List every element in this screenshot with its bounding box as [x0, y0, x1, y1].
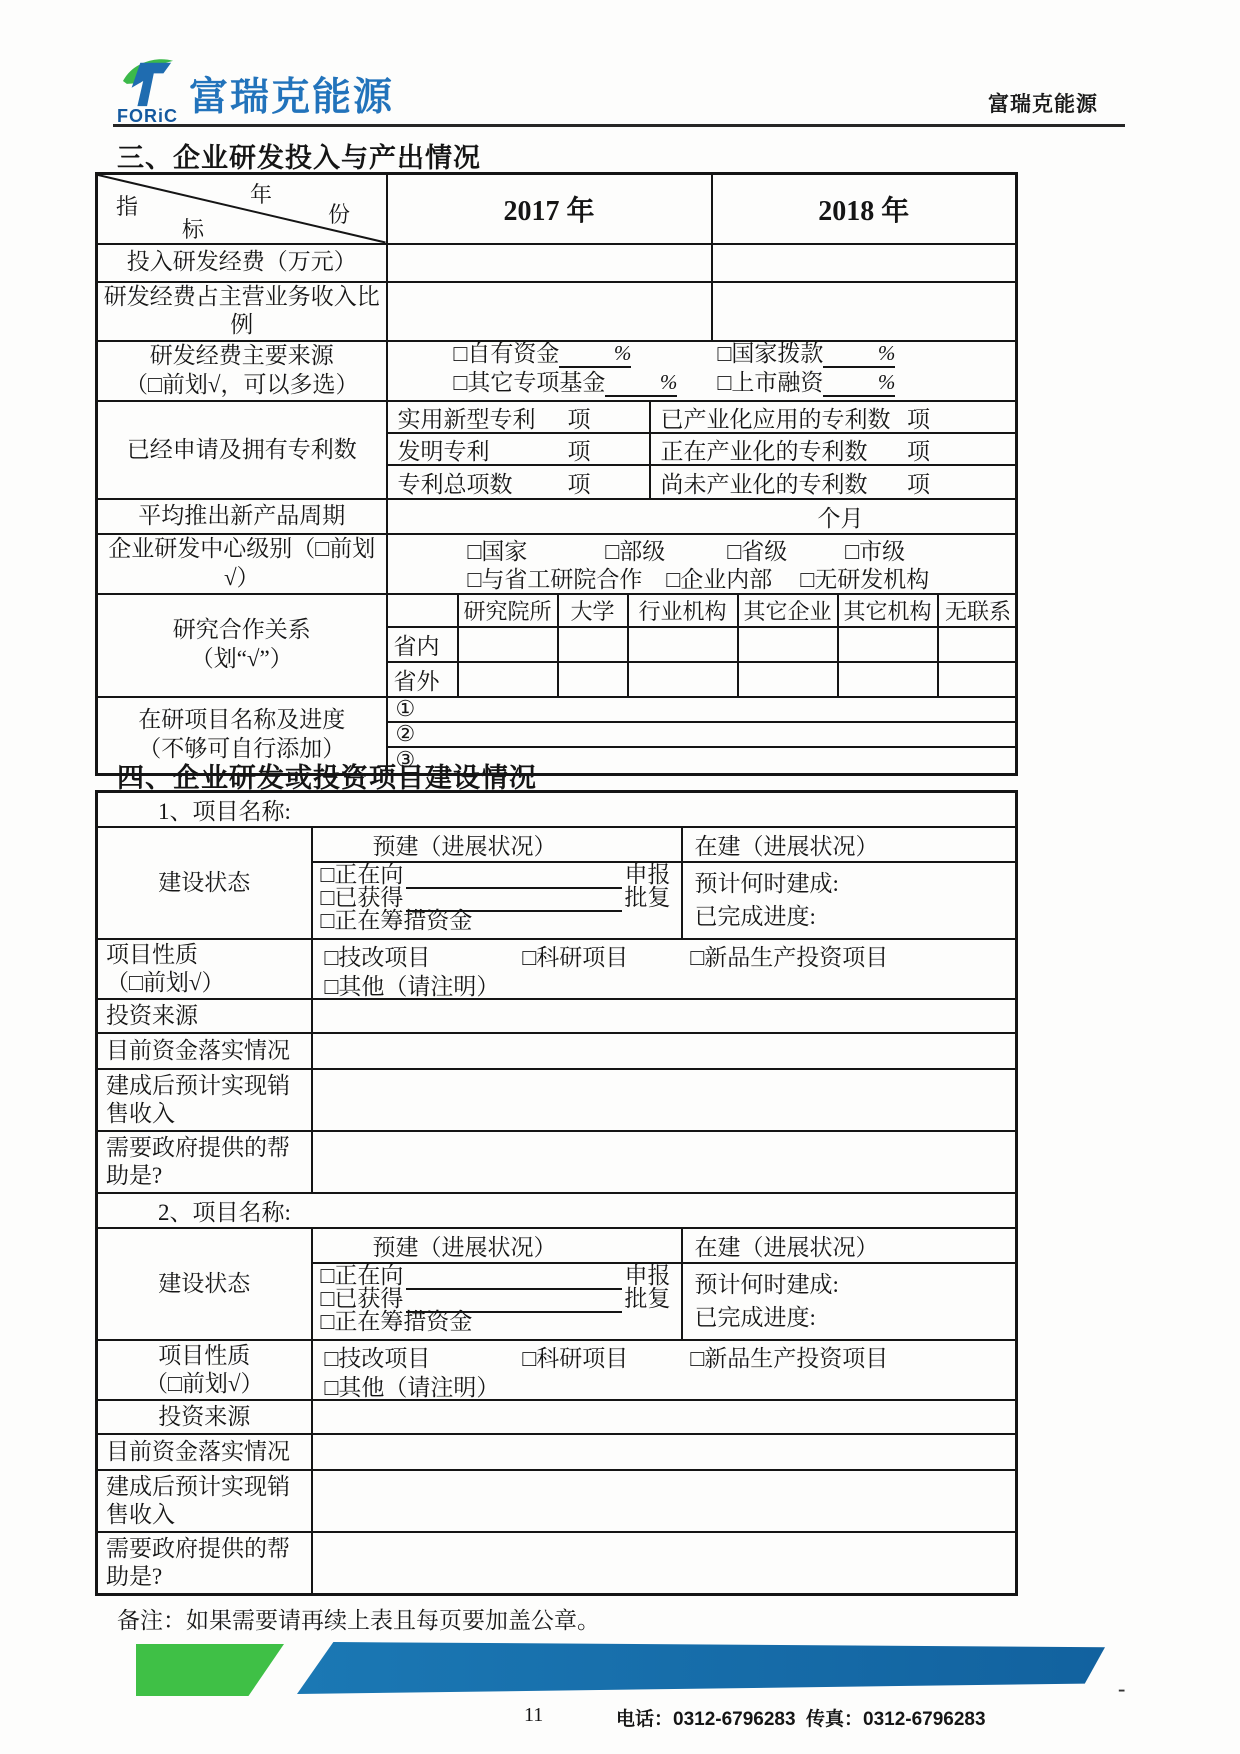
funding-source-label: 研发经费主要来源 （□前划√，可以多选） [97, 341, 387, 401]
percent-suffix: % [614, 341, 632, 366]
project2-funds-label: 目前资金落实情况 [97, 1434, 312, 1470]
funding-source-line2: □其它专项基金 % □上市融资 % [388, 371, 1016, 400]
rd-expense-2018-cell [712, 244, 1017, 282]
project2-nature-label: 项目性质 （□前划√） [97, 1340, 312, 1400]
project1-inbuild-cell: 预计何时建成: 已完成进度: [682, 862, 1017, 939]
rd-expense-2017-cell [387, 244, 712, 282]
fill-blank [406, 1270, 621, 1290]
rd-center-level-label: 企业研发中心级别（□前划√） [97, 534, 387, 594]
raising-funds-line: □正在筹措资金 [321, 912, 671, 935]
patent-industrializing-cell: 正在产业化的专利数 项 [651, 434, 1016, 464]
project2-prebuild-cell: □正在向 申报 □已获得 批复 □正在筹措资金 [312, 1263, 682, 1340]
completed-progress-label: 已完成进度: [695, 900, 1016, 933]
project1-sales-cell [312, 1069, 1017, 1131]
coop-cell [458, 627, 558, 662]
project1-prebuild-cell: □正在向 申报 □已获得 批复 □正在筹措资金 [312, 862, 682, 939]
checkbox-research-project: □科研项目 [522, 1340, 628, 1373]
project1-help-row: 需要政府提供的帮助是? [97, 1131, 1017, 1193]
project1-name-row: 1、项目名称: [97, 792, 1017, 828]
rd-center-options-line1: □国家 □部级 □省级 □市级 [388, 536, 1016, 564]
coop-cell [458, 662, 558, 696]
banner-blue-shape [297, 1642, 1105, 1694]
patent-not-industrialized-label: 尚未产业化的专利数 [661, 466, 868, 499]
coop-cell [558, 627, 628, 662]
project2-nature-options: □技改项目 □科研项目 □新品生产投资项目 □其他（请注明） [312, 1340, 1017, 1400]
option-special-fund: □其它专项基金 % [388, 364, 718, 397]
diagonal-header-cell: 年 份 指 标 [97, 174, 387, 244]
project1-nature-row: 项目性质 （□前划√） □技改项目 □科研项目 □新品生产投资项目 □其他（请注… [97, 939, 1017, 999]
project1-inbuild-header: 在建（进展状况） [682, 827, 1017, 862]
project1-investment-cell [312, 999, 1017, 1033]
company-logo: FORiC 富瑞克能源 [115, 56, 405, 134]
ongoing-item-1: ① [388, 698, 1016, 723]
checkbox-new-product-investment: □新品生产投资项目 [690, 1340, 888, 1373]
coop-cell [628, 627, 738, 662]
unit-label: 项 [907, 401, 930, 434]
months-unit: 个月 [818, 506, 864, 531]
project2-name-row: 2、项目名称: [97, 1193, 1017, 1228]
fill-blank [406, 869, 621, 889]
fill-blank: % [823, 375, 895, 397]
coop-header-no-contact: 无联系 [938, 595, 1018, 627]
nature-options-line1: □技改项目 □科研项目 □新品生产投资项目 [313, 1341, 1016, 1371]
rd-input-output-table: 年 份 指 标 2017 年 2018 年 投入研发经费（万元） 研发经费占主营… [95, 172, 1018, 776]
project2-inbuild-header: 在建（进展状况） [682, 1228, 1017, 1263]
project2-investment-label: 投资来源 [97, 1400, 312, 1434]
patent-industrializing-label: 正在产业化的专利数 [661, 433, 868, 466]
header-rule [113, 124, 1125, 127]
cooperation-header-row: 研究院所 大学 行业机构 其它企业 其它机构 无联系 [388, 595, 1018, 627]
project1-investment-row: 投资来源 [97, 999, 1017, 1033]
ongoing-label-line1: 在研项目名称及进度 [98, 706, 386, 735]
coop-cell [628, 662, 738, 696]
logo-company-name: 富瑞克能源 [189, 66, 394, 122]
patent-row-total: 专利总项数 项 尚未产业化的专利数 项 [388, 466, 1016, 498]
patents-row: 已经申请及拥有专利数 实用新型专利 项 已产业化应用的专利数 项 发明专利 项 [97, 401, 1017, 499]
patents-cells: 实用新型专利 项 已产业化应用的专利数 项 发明专利 项 正在产业化的专利数 [387, 401, 1017, 499]
coop-cell [838, 627, 938, 662]
cooperation-corner-cell [388, 595, 458, 627]
corner-fen-char: 份 [328, 198, 350, 229]
foric-logo-icon [117, 56, 179, 108]
rd-center-level-row: 企业研发中心级别（□前划√） □国家 □部级 □省级 □市级 □与省工研院合作 … [97, 534, 1017, 594]
research-cooperation-row: 研究合作关系 （划“√”） 研究院所 大学 行业机构 其它企业 其它机构 无联系 [97, 594, 1017, 697]
nature-label-line2: （□前划√） [98, 1370, 311, 1398]
project2-investment-cell [312, 1400, 1017, 1434]
rd-center-options-line2: □与省工研院合作 □企业内部 □无研发机构 [388, 564, 1016, 592]
rd-center-options-cell: □国家 □部级 □省级 □市级 □与省工研院合作 □企业内部 □无研发机构 [387, 534, 1017, 594]
patent-invention-label: 发明专利 [398, 433, 490, 466]
footer-note: 备注：如果需要请再续上表且每页要加盖公章。 [117, 1602, 600, 1635]
coop-header-other-companies: 其它企业 [738, 595, 838, 627]
column-header-2018: 2018 年 [712, 174, 1017, 244]
project1-sales-label: 建成后预计实现销售收入 [97, 1069, 312, 1131]
cooperation-inner-table: 研究院所 大学 行业机构 其它企业 其它机构 无联系 省内 省外 [388, 595, 1018, 696]
rd-ratio-label: 研发经费占主营业务收入比例 [97, 282, 387, 342]
cooperation-out-province-row: 省外 [388, 662, 1018, 696]
project2-help-cell [312, 1532, 1017, 1594]
corner-zhi-char: 指 [116, 190, 138, 221]
project1-funds-label: 目前资金落实情况 [97, 1033, 312, 1069]
project2-sales-cell [312, 1470, 1017, 1532]
new-product-cycle-row: 平均推出新产品周期 个月 [97, 499, 1017, 534]
percent-suffix: % [660, 370, 678, 395]
unit-label: 项 [907, 466, 930, 499]
patent-utility-cell: 实用新型专利 项 [388, 402, 651, 432]
nature-options-line1: □技改项目 □科研项目 □新品生产投资项目 [313, 940, 1016, 970]
project2-status-header-row: 建设状态 预建（进展状况） 在建（进展状况） [97, 1228, 1017, 1263]
nature-options-line2: □其他（请注明） [313, 1371, 1016, 1399]
project2-status-label: 建设状态 [97, 1228, 312, 1340]
project1-funds-cell [312, 1033, 1017, 1069]
project2-name-label: 2、项目名称: [97, 1193, 1017, 1228]
unit-label: 项 [568, 466, 591, 499]
coop-cell [738, 627, 838, 662]
coop-header-institutes: 研究院所 [458, 595, 558, 627]
checkbox-ipo-financing: □上市融资 [718, 364, 824, 397]
patent-not-industrialized-cell: 尚未产业化的专利数 项 [651, 466, 1016, 498]
coop-cell [738, 662, 838, 696]
patent-industrialized-label: 已产业化应用的专利数 [661, 401, 891, 434]
patent-total-label: 专利总项数 [398, 466, 513, 499]
nature-label-line1: 项目性质 [106, 941, 311, 969]
project1-help-label: 需要政府提供的帮助是? [97, 1131, 312, 1193]
patent-utility-label: 实用新型专利 [398, 401, 536, 434]
project2-inbuild-cell: 预计何时建成: 已完成进度: [682, 1263, 1017, 1340]
checkbox-other: □其他（请注明） [325, 968, 500, 1001]
table1-header-row: 年 份 指 标 2017 年 2018 年 [97, 174, 1017, 244]
fill-blank: % [605, 375, 677, 397]
patent-invention-cell: 发明专利 项 [388, 434, 651, 464]
rd-ratio-row: 研发经费占主营业务收入比例 [97, 282, 1017, 342]
nature-label-line2: （□前划√） [106, 969, 311, 997]
row-label-out-province: 省外 [388, 662, 458, 696]
project2-funds-cell [312, 1434, 1017, 1470]
project-construction-table: 1、项目名称: 建设状态 预建（进展状况） 在建（进展状况） □正在向 申报 □… [95, 790, 1018, 1596]
rd-expense-row: 投入研发经费（万元） [97, 244, 1017, 282]
obtained-suffix: 批复 [625, 1280, 671, 1313]
rd-ratio-2017-cell [387, 282, 712, 342]
project1-help-cell [312, 1131, 1017, 1193]
percent-suffix: % [878, 341, 896, 366]
project1-name-label: 1、项目名称: [97, 792, 1017, 828]
project2-investment-row: 投资来源 [97, 1400, 1017, 1434]
project2-sales-label: 建成后预计实现销售收入 [97, 1470, 312, 1532]
checkbox-raising-funds: □正在筹措资金 [321, 1303, 473, 1336]
rd-ratio-2018-cell [712, 282, 1017, 342]
project2-sales-row: 建成后预计实现销售收入 [97, 1470, 1017, 1532]
checkbox-raising-funds: □正在筹措资金 [321, 902, 473, 935]
funding-source-options-cell: □自有资金 % □国家拨款 % □其它专项基金 % □上市融资 [387, 341, 1017, 401]
patents-label: 已经申请及拥有专利数 [97, 401, 387, 499]
project1-status-label: 建设状态 [97, 827, 312, 939]
checkbox-other: □其他（请注明） [325, 1369, 500, 1402]
ongoing-item-2: ② [388, 723, 1016, 748]
coop-header-other-orgs: 其它机构 [838, 595, 938, 627]
checkbox-special-fund: □其它专项基金 [454, 364, 606, 397]
column-header-2017: 2017 年 [387, 174, 712, 244]
completed-progress-label: 已完成进度: [695, 1301, 1016, 1334]
funding-source-label-line1: 研发经费主要来源 [98, 342, 386, 371]
cooperation-label: 研究合作关系 （划“√”） [97, 594, 387, 697]
patent-row-invention: 发明专利 项 正在产业化的专利数 项 [388, 434, 1016, 466]
project2-nature-row: 项目性质 （□前划√） □技改项目 □科研项目 □新品生产投资项目 □其他（请注… [97, 1340, 1017, 1400]
unit-label: 项 [907, 433, 930, 466]
unit-label: 项 [568, 401, 591, 434]
project1-funds-row: 目前资金落实情况 [97, 1033, 1017, 1069]
header-company-name: 富瑞克能源 [988, 88, 1098, 118]
corner-year-char: 年 [250, 178, 272, 209]
page-number: 11 [524, 1704, 543, 1727]
coop-cell [938, 662, 1018, 696]
percent-suffix: % [878, 370, 896, 395]
project1-sales-row: 建成后预计实现销售收入 [97, 1069, 1017, 1131]
nature-options-line2: □其他（请注明） [313, 970, 1016, 998]
cooperation-label-line1: 研究合作关系 [98, 616, 386, 645]
coop-header-universities: 大学 [558, 595, 628, 627]
funding-source-row: 研发经费主要来源 （□前划√，可以多选） □自有资金 % □国家拨款 % [97, 341, 1017, 401]
funding-source-label-line2: （□前划√，可以多选） [98, 371, 386, 400]
cooperation-grid-cell: 研究院所 大学 行业机构 其它企业 其它机构 无联系 省内 省外 [387, 594, 1017, 697]
patent-industrialized-cell: 已产业化应用的专利数 项 [651, 402, 1016, 432]
cycle-value-cell: 个月 [387, 499, 1017, 534]
patent-row-utility: 实用新型专利 项 已产业化应用的专利数 项 [388, 402, 1016, 434]
checkbox-provincial-institute-coop: □与省工研院合作 [468, 561, 643, 594]
fax-number: 传真：0312-6796283 [806, 1704, 986, 1731]
scanned-form-page: FORiC 富瑞克能源 富瑞克能源 三、企业研发投入与产出情况 年 份 指 标 … [0, 0, 1240, 1754]
patent-total-cell: 专利总项数 项 [388, 466, 651, 498]
checkbox-new-product-investment: □新品生产投资项目 [690, 939, 888, 972]
project1-investment-label: 投资来源 [97, 999, 312, 1033]
raising-funds-line: □正在筹措资金 [321, 1313, 671, 1336]
expected-completion-label: 预计何时建成: [695, 1268, 1016, 1301]
project1-nature-options: □技改项目 □科研项目 □新品生产投资项目 □其他（请注明） [312, 939, 1017, 999]
coop-header-industry-orgs: 行业机构 [628, 595, 738, 627]
option-ipo-financing: □上市融资 % [718, 364, 896, 397]
circled-number-2: ② [396, 721, 416, 747]
project1-nature-label: 项目性质 （□前划√） [97, 939, 312, 999]
project2-help-row: 需要政府提供的帮助是? [97, 1532, 1017, 1594]
cooperation-label-line2: （划“√”） [98, 645, 386, 674]
cycle-label: 平均推出新产品周期 [97, 499, 387, 534]
row-label-in-province: 省内 [388, 627, 458, 662]
project2-help-label: 需要政府提供的帮助是? [97, 1532, 312, 1594]
checkbox-no-rd-org: □无研发机构 [800, 561, 929, 594]
footer-banner: - [0, 1642, 1240, 1698]
section3-title: 三、企业研发投入与产出情况 [117, 136, 481, 175]
project1-status-header-row: 建设状态 预建（进展状况） 在建（进展状况） [97, 827, 1017, 862]
phone-number: 电话：0312-6796283 [616, 1704, 796, 1731]
nature-label-line1: 项目性质 [98, 1342, 311, 1370]
coop-cell [938, 627, 1018, 662]
footer-text-row: 11 电话：0312-6796283 传真：0312-6796283 [0, 1704, 1240, 1732]
checkbox-research-project: □科研项目 [522, 939, 628, 972]
obtained-suffix: 批复 [625, 879, 671, 912]
cooperation-in-province-row: 省内 [388, 627, 1018, 662]
corner-biao-char: 标 [182, 213, 204, 244]
rd-expense-label: 投入研发经费（万元） [97, 244, 387, 282]
expected-completion-label: 预计何时建成: [695, 867, 1016, 900]
coop-cell [558, 662, 628, 696]
project2-funds-row: 目前资金落实情况 [97, 1434, 1017, 1470]
banner-green-shape [136, 1644, 284, 1696]
banner-dash: - [1118, 1676, 1125, 1702]
coop-cell [838, 662, 938, 696]
circled-number-1: ① [396, 696, 416, 722]
checkbox-internal: □企业内部 [666, 561, 772, 594]
unit-label: 项 [568, 433, 591, 466]
